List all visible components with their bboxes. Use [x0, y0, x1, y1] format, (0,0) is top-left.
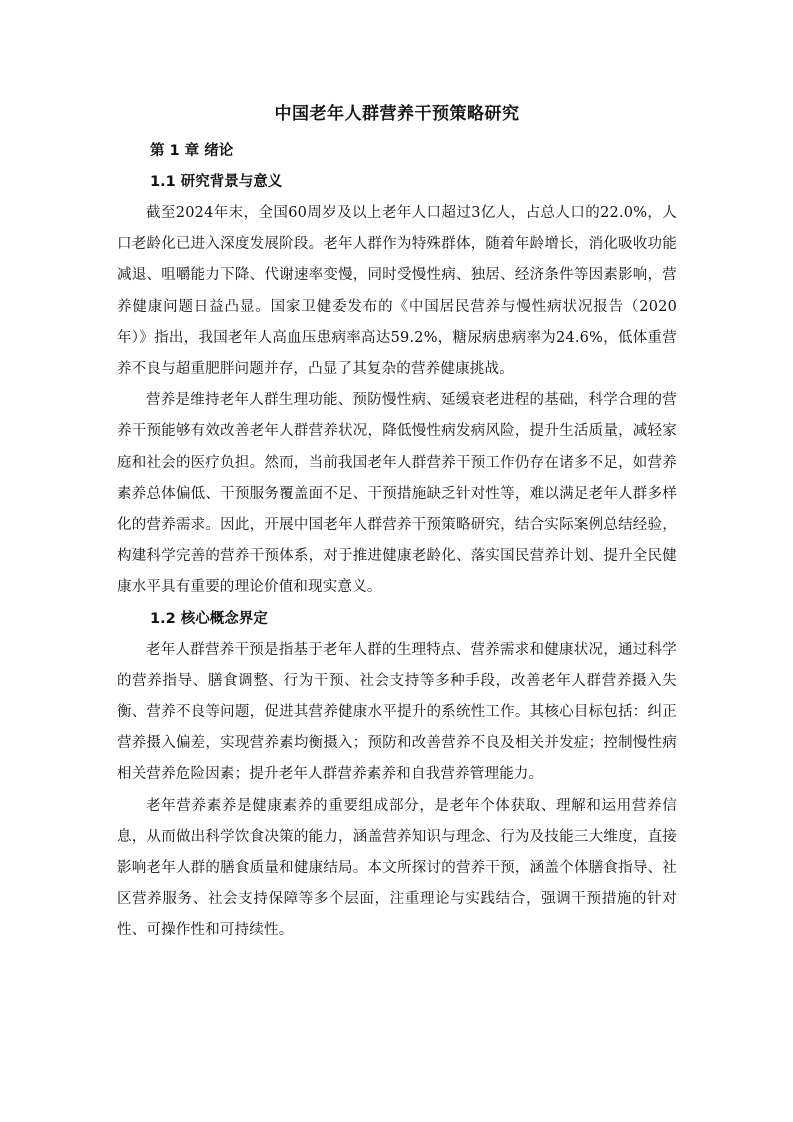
- chapter-heading: 第 1 章 绪论: [117, 136, 677, 167]
- section-heading-1-2: 1.2 核心概念界定: [117, 604, 677, 635]
- section-heading-1-1: 1.1 研究背景与意义: [117, 167, 677, 198]
- paragraph: 营养是维持老年人群生理功能、预防慢性病、延缓衰老进程的基础，科学合理的营养干预能…: [117, 385, 677, 603]
- document-page: 中国老年人群营养干预策略研究 第 1 章 绪论 1.1 研究背景与意义 截至20…: [117, 102, 677, 947]
- paragraph: 老年人群营养干预是指基于老年人群的生理特点、营养需求和健康状况，通过科学的营养指…: [117, 635, 677, 791]
- paragraph: 截至2024年末，全国60周岁及以上老年人口超过3亿人，占总人口的22.0%，人…: [117, 198, 677, 385]
- document-title: 中国老年人群营养干预策略研究: [117, 102, 677, 126]
- paragraph: 老年营养素养是健康素养的重要组成部分，是老年个体获取、理解和运用营养信息，从而做…: [117, 791, 677, 947]
